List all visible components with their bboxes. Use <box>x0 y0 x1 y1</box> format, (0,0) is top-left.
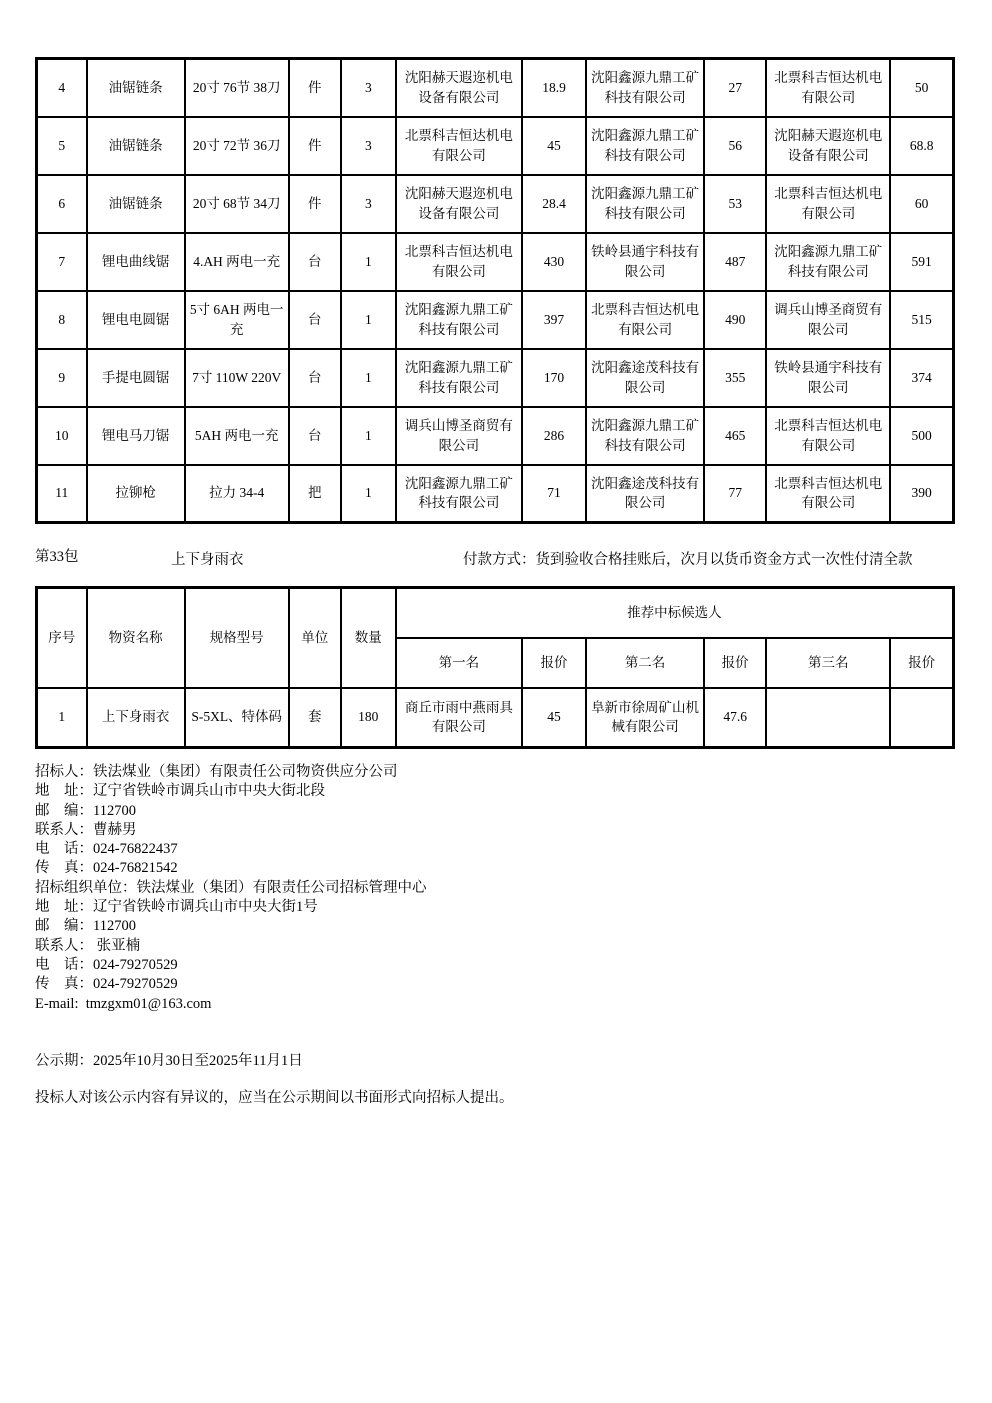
cell-spec: 20寸 68节 34刀 <box>185 175 289 233</box>
cell-first-company: 商丘市雨中燕雨具有限公司 <box>396 688 522 748</box>
cell-unit: 把 <box>289 465 341 523</box>
header-quote-1: 报价 <box>522 638 586 688</box>
email-line: E-mail: tmzgxm01@163.com <box>35 995 956 1014</box>
header-first-place: 第一名 <box>396 638 522 688</box>
cell-first-quote: 45 <box>522 117 586 175</box>
table-row: 4 油锯链条 20寸 76节 38刀 件 3 沈阳赫天遐迩机电设备有限公司 18… <box>37 59 954 117</box>
cell-seq: 10 <box>37 407 87 465</box>
cell-second-quote: 56 <box>704 117 766 175</box>
cell-unit: 件 <box>289 175 341 233</box>
cell-material-name: 锂电电圆锯 <box>87 291 185 349</box>
cell-third-company: 北票科吉恒达机电有限公司 <box>766 59 890 117</box>
package-item-name: 上下身雨衣 <box>171 548 331 569</box>
cell-first-quote: 18.9 <box>522 59 586 117</box>
cell-second-company: 沈阳鑫源九鼎工矿科技有限公司 <box>586 175 704 233</box>
header-unit: 单位 <box>289 588 341 688</box>
cell-second-quote: 77 <box>704 465 766 523</box>
cell-second-quote: 490 <box>704 291 766 349</box>
cell-first-company: 北票科吉恒达机电有限公司 <box>396 233 522 291</box>
cell-qty: 1 <box>341 233 396 291</box>
cell-second-company: 沈阳鑫源九鼎工矿科技有限公司 <box>586 117 704 175</box>
tenderer-address-line: 地 址：辽宁省铁岭市调兵山市中央大街北段 <box>35 782 956 801</box>
cell-first-quote: 286 <box>522 407 586 465</box>
cell-second-quote: 465 <box>704 407 766 465</box>
cell-material-name: 锂电曲线锯 <box>87 233 185 291</box>
cell-seq: 9 <box>37 349 87 407</box>
cell-unit: 台 <box>289 349 341 407</box>
cell-third-quote: 50 <box>890 59 953 117</box>
header-candidates: 推荐中标候选人 <box>396 588 954 638</box>
cell-first-quote: 45 <box>522 688 586 748</box>
contact-info: 招标人：铁法煤业（集团）有限责任公司物资供应分公司 地 址：辽宁省铁岭市调兵山市… <box>35 763 956 1014</box>
cell-first-company: 沈阳鑫源九鼎工矿科技有限公司 <box>396 349 522 407</box>
cell-second-quote: 355 <box>704 349 766 407</box>
cell-material-name: 锂电马刀锯 <box>87 407 185 465</box>
tenderer-postcode-line: 邮 编：112700 <box>35 802 956 821</box>
table-row: 6 油锯链条 20寸 68节 34刀 件 3 沈阳赫天遐迩机电设备有限公司 28… <box>37 175 954 233</box>
cell-spec: 7寸 110W 220V <box>185 349 289 407</box>
cell-second-company: 铁岭县通宇科技有限公司 <box>586 233 704 291</box>
table-row: 1 上下身雨衣 S-5XL、特体码 套 180 商丘市雨中燕雨具有限公司 45 … <box>37 688 954 748</box>
cell-seq: 4 <box>37 59 87 117</box>
cell-second-quote: 53 <box>704 175 766 233</box>
cell-second-company: 沈阳鑫源九鼎工矿科技有限公司 <box>586 407 704 465</box>
header-quote-2: 报价 <box>704 638 766 688</box>
tenderer-fax-line: 传 真：024-76821542 <box>35 859 956 878</box>
cell-first-quote: 28.4 <box>522 175 586 233</box>
organizer-contact-line: 联系人： 张亚楠 <box>35 937 956 956</box>
cell-first-company: 沈阳鑫源九鼎工矿科技有限公司 <box>396 291 522 349</box>
cell-second-company: 阜新市徐周矿山机械有限公司 <box>586 688 704 748</box>
cell-second-company: 沈阳鑫途茂科技有限公司 <box>586 349 704 407</box>
document-page: 4 油锯链条 20寸 76节 38刀 件 3 沈阳赫天遐迩机电设备有限公司 18… <box>35 0 956 1107</box>
cell-third-quote: 60 <box>890 175 953 233</box>
cell-seq: 11 <box>37 465 87 523</box>
cell-unit: 台 <box>289 407 341 465</box>
cell-third-company: 沈阳鑫源九鼎工矿科技有限公司 <box>766 233 890 291</box>
cell-material-name: 油锯链条 <box>87 59 185 117</box>
cell-qty: 1 <box>341 349 396 407</box>
organizer-fax-line: 传 真：024-79270529 <box>35 975 956 994</box>
package-33-header: 第33包 上下身雨衣 付款方式：货到验收合格挂账后，次月以货币资金方式一次性付清… <box>35 532 956 584</box>
tenderer-line: 招标人：铁法煤业（集团）有限责任公司物资供应分公司 <box>35 763 956 782</box>
cell-material-name: 上下身雨衣 <box>87 688 185 748</box>
cell-material-name: 油锯链条 <box>87 117 185 175</box>
cell-qty: 3 <box>341 59 396 117</box>
cell-qty: 1 <box>341 407 396 465</box>
package33-results-table: 序号 物资名称 规格型号 单位 数量 推荐中标候选人 第一名 报价 第二名 报价… <box>35 586 955 749</box>
cell-first-company: 沈阳赫天遐迩机电设备有限公司 <box>396 59 522 117</box>
cell-third-quote: 591 <box>890 233 953 291</box>
cell-spec: 20寸 76节 38刀 <box>185 59 289 117</box>
cell-seq: 8 <box>37 291 87 349</box>
cell-third-quote: 68.8 <box>890 117 953 175</box>
tenderer-phone-line: 电 话：024-76822437 <box>35 840 956 859</box>
cell-second-company: 沈阳鑫源九鼎工矿科技有限公司 <box>586 59 704 117</box>
cell-second-quote: 487 <box>704 233 766 291</box>
cell-material-name: 拉铆枪 <box>87 465 185 523</box>
cell-seq: 1 <box>37 688 87 748</box>
cell-qty: 3 <box>341 117 396 175</box>
table-row: 7 锂电曲线锯 4.AH 两电一充 台 1 北票科吉恒达机电有限公司 430 铁… <box>37 233 954 291</box>
package32-results-table: 4 油锯链条 20寸 76节 38刀 件 3 沈阳赫天遐迩机电设备有限公司 18… <box>35 57 955 524</box>
cell-second-company: 沈阳鑫途茂科技有限公司 <box>586 465 704 523</box>
cell-second-quote: 47.6 <box>704 688 766 748</box>
publicity-period: 公示期：2025年10月30日至2025年11月1日 <box>35 1049 956 1070</box>
table-header-row: 序号 物资名称 规格型号 单位 数量 推荐中标候选人 <box>37 588 954 638</box>
cell-first-quote: 170 <box>522 349 586 407</box>
cell-first-quote: 430 <box>522 233 586 291</box>
cell-qty: 1 <box>341 465 396 523</box>
cell-third-quote: 500 <box>890 407 953 465</box>
cell-spec: 拉力 34-4 <box>185 465 289 523</box>
cell-first-quote: 397 <box>522 291 586 349</box>
cell-third-company: 北票科吉恒达机电有限公司 <box>766 175 890 233</box>
cell-spec: 5AH 两电一充 <box>185 407 289 465</box>
table-row: 10 锂电马刀锯 5AH 两电一充 台 1 调兵山博圣商贸有限公司 286 沈阳… <box>37 407 954 465</box>
organizer-address-line: 地 址：辽宁省铁岭市调兵山市中央大街1号 <box>35 898 956 917</box>
cell-unit: 件 <box>289 59 341 117</box>
cell-qty: 3 <box>341 175 396 233</box>
cell-first-quote: 71 <box>522 465 586 523</box>
cell-second-company: 北票科吉恒达机电有限公司 <box>586 291 704 349</box>
cell-third-company: 沈阳赫天遐迩机电设备有限公司 <box>766 117 890 175</box>
header-third-place: 第三名 <box>766 638 890 688</box>
header-material-name: 物资名称 <box>87 588 185 688</box>
cell-spec: 4.AH 两电一充 <box>185 233 289 291</box>
table-row: 11 拉铆枪 拉力 34-4 把 1 沈阳鑫源九鼎工矿科技有限公司 71 沈阳鑫… <box>37 465 954 523</box>
cell-spec: 20寸 72节 36刀 <box>185 117 289 175</box>
cell-third-company: 调兵山博圣商贸有限公司 <box>766 291 890 349</box>
header-spec: 规格型号 <box>185 588 289 688</box>
cell-third-company: 铁岭县通宇科技有限公司 <box>766 349 890 407</box>
cell-first-company: 调兵山博圣商贸有限公司 <box>396 407 522 465</box>
header-quote-3: 报价 <box>890 638 953 688</box>
cell-unit: 套 <box>289 688 341 748</box>
cell-third-quote: 515 <box>890 291 953 349</box>
table-row: 5 油锯链条 20寸 72节 36刀 件 3 北票科吉恒达机电有限公司 45 沈… <box>37 117 954 175</box>
cell-unit: 台 <box>289 291 341 349</box>
table-row: 8 锂电电圆锯 5寸 6AH 两电一充 台 1 沈阳鑫源九鼎工矿科技有限公司 3… <box>37 291 954 349</box>
cell-material-name: 手提电圆锯 <box>87 349 185 407</box>
cell-unit: 件 <box>289 117 341 175</box>
cell-seq: 5 <box>37 117 87 175</box>
tenderer-contact-line: 联系人：曹赫男 <box>35 821 956 840</box>
cell-seq: 7 <box>37 233 87 291</box>
payment-terms: 付款方式：货到验收合格挂账后，次月以货币资金方式一次性付清全款 <box>463 548 956 569</box>
cell-third-company: 北票科吉恒达机电有限公司 <box>766 465 890 523</box>
cell-third-quote <box>890 688 953 748</box>
cell-qty: 180 <box>341 688 396 748</box>
cell-first-company: 北票科吉恒达机电有限公司 <box>396 117 522 175</box>
package-number: 第33包 <box>35 547 81 569</box>
cell-third-company: 北票科吉恒达机电有限公司 <box>766 407 890 465</box>
cell-spec: 5寸 6AH 两电一充 <box>185 291 289 349</box>
cell-seq: 6 <box>37 175 87 233</box>
header-second-place: 第二名 <box>586 638 704 688</box>
organizer-postcode-line: 邮 编：112700 <box>35 917 956 936</box>
cell-qty: 1 <box>341 291 396 349</box>
objection-note: 投标人对该公示内容有异议的，应当在公示期间以书面形式向招标人提出。 <box>35 1086 956 1107</box>
header-seq: 序号 <box>37 588 87 688</box>
organizer-phone-line: 电 话：024-79270529 <box>35 956 956 975</box>
cell-third-quote: 374 <box>890 349 953 407</box>
cell-third-company <box>766 688 890 748</box>
cell-unit: 台 <box>289 233 341 291</box>
cell-spec: S-5XL、特体码 <box>185 688 289 748</box>
cell-material-name: 油锯链条 <box>87 175 185 233</box>
header-qty: 数量 <box>341 588 396 688</box>
cell-second-quote: 27 <box>704 59 766 117</box>
table-row: 9 手提电圆锯 7寸 110W 220V 台 1 沈阳鑫源九鼎工矿科技有限公司 … <box>37 349 954 407</box>
cell-first-company: 沈阳赫天遐迩机电设备有限公司 <box>396 175 522 233</box>
organizer-line: 招标组织单位：铁法煤业（集团）有限责任公司招标管理中心 <box>35 879 956 898</box>
cell-first-company: 沈阳鑫源九鼎工矿科技有限公司 <box>396 465 522 523</box>
cell-third-quote: 390 <box>890 465 953 523</box>
